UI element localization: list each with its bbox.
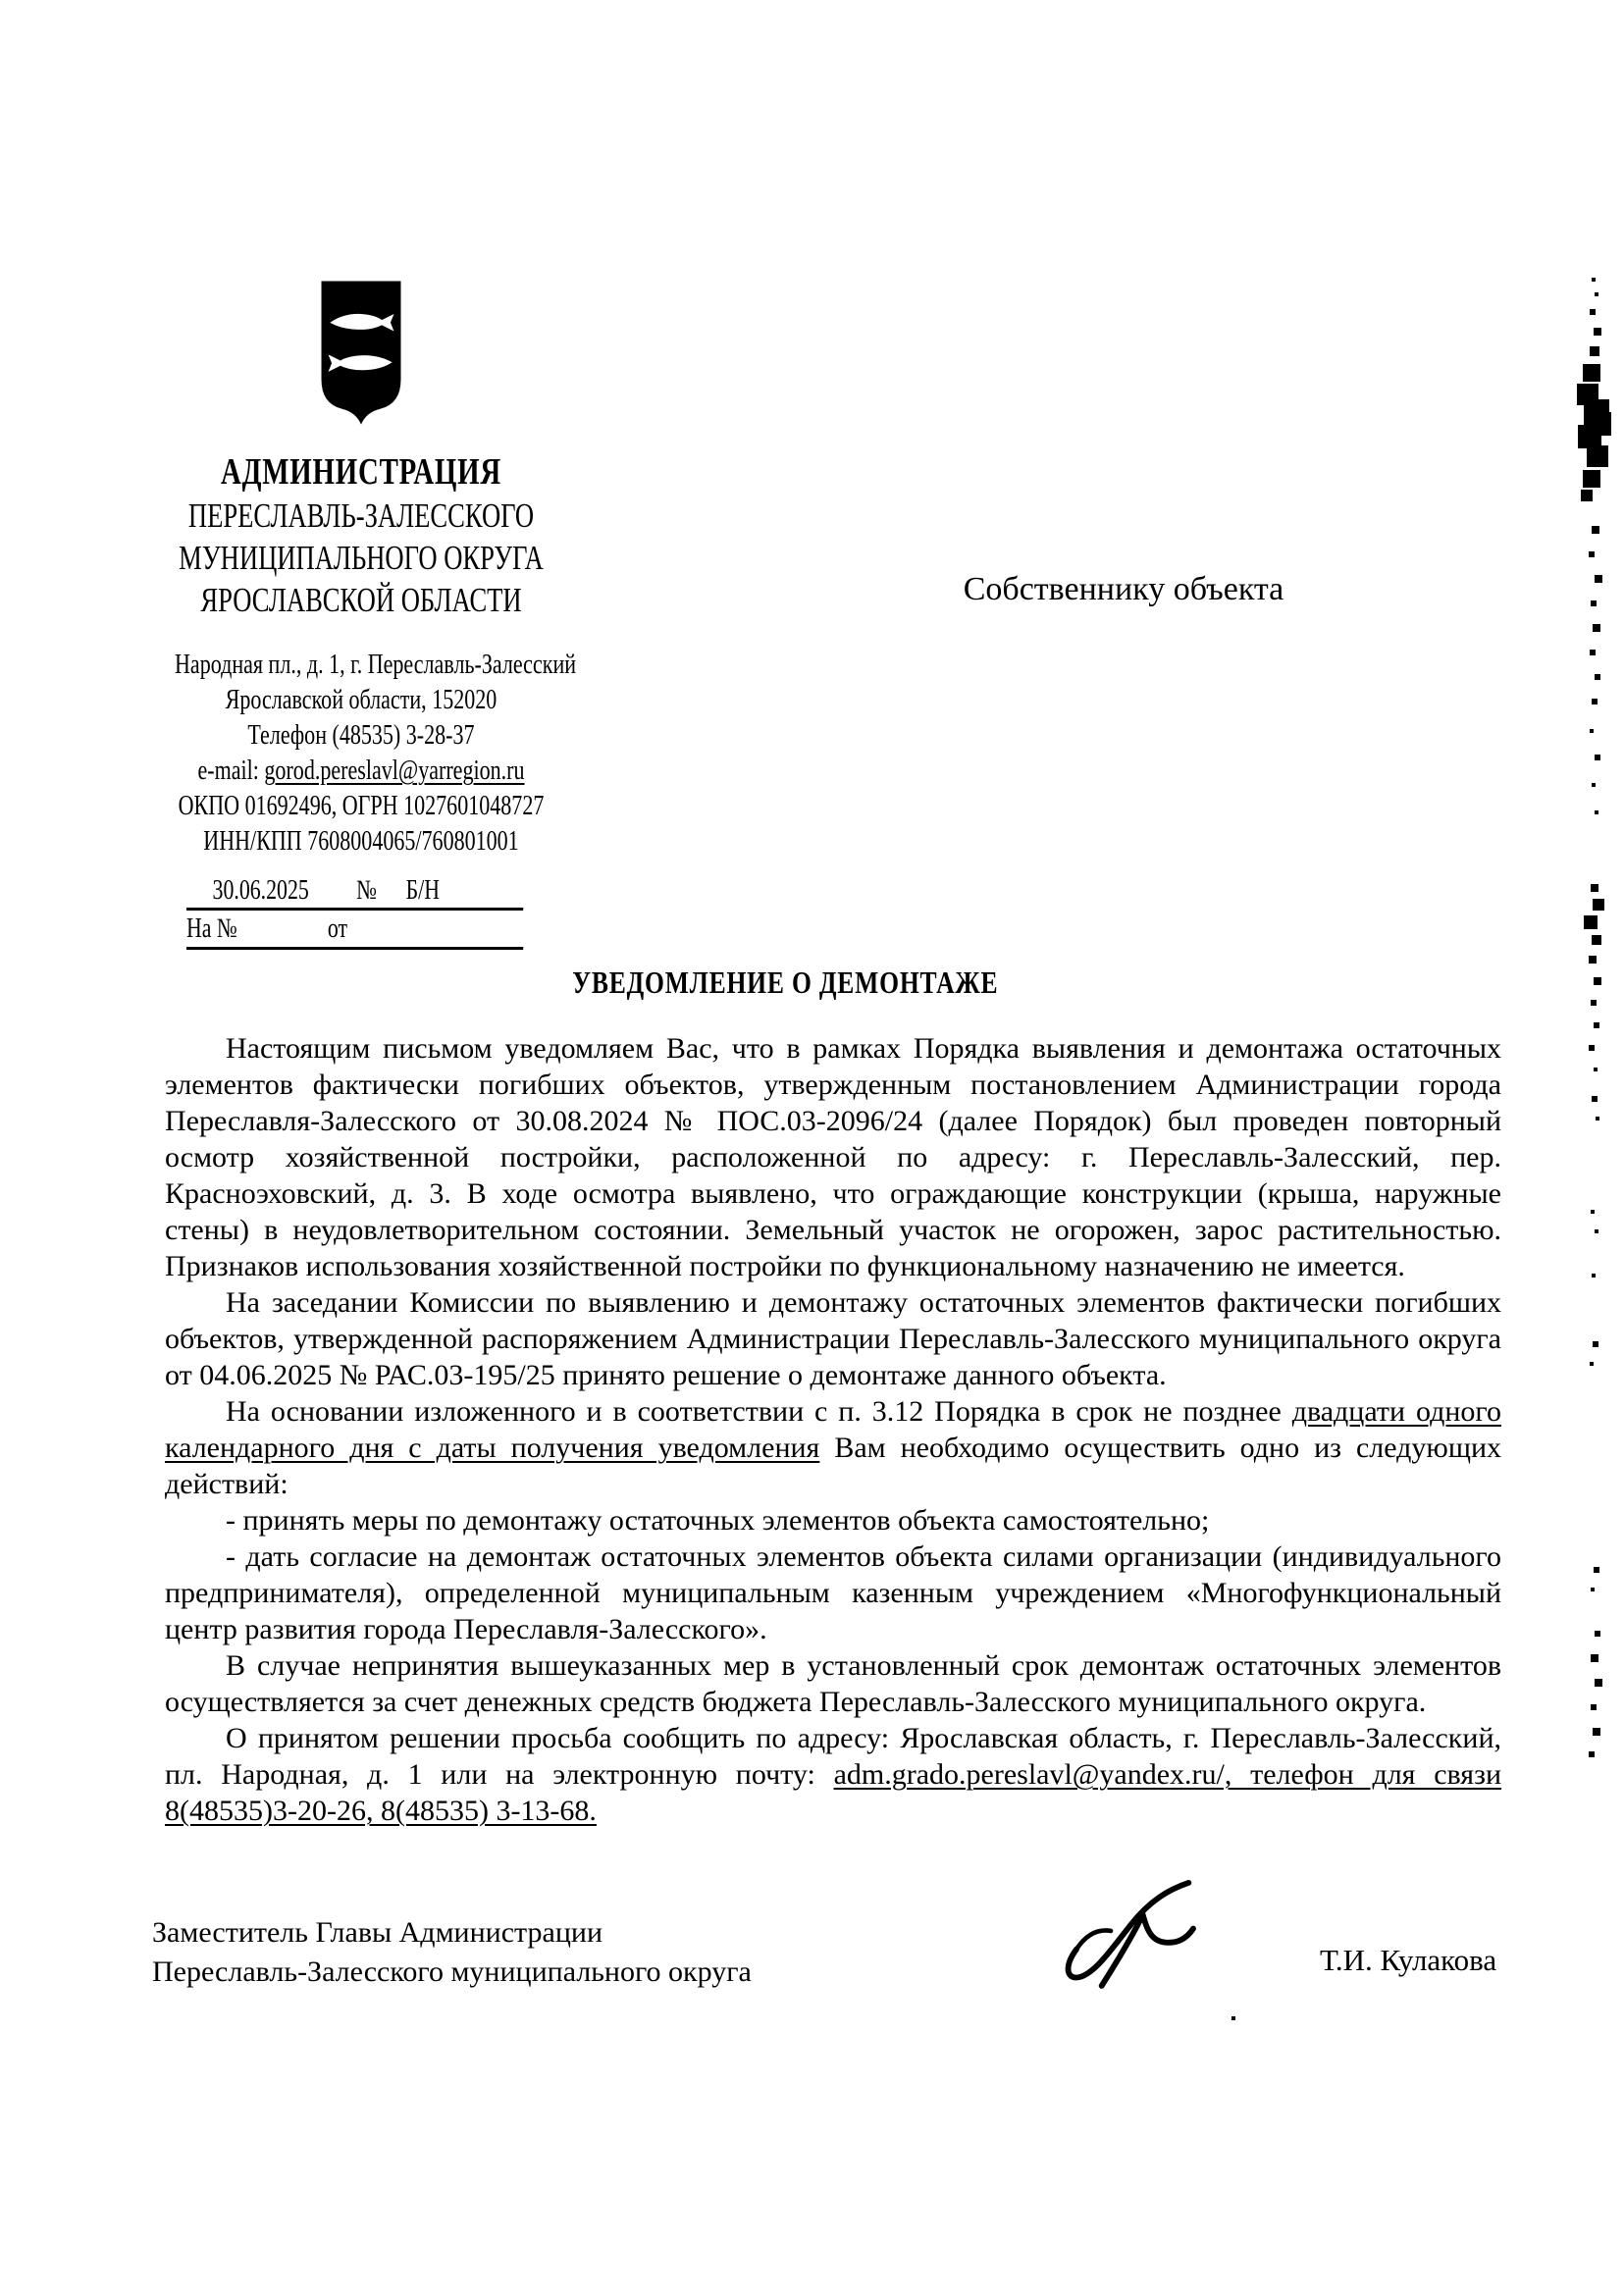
org-name-line2: ПЕРЕСЛАВЛЬ-ЗАЛЕССКОГО (175, 495, 548, 537)
okpo-ogrn-line: ОКПО 01692496, ОГРН 1027601048727 (175, 788, 548, 823)
inn-kpp-line: ИНН/КПП 7608004065/760801001 (175, 823, 548, 859)
doc-title-text: УВЕДОМЛЕНИЕ О ДЕМОНТАЖЕ (572, 965, 998, 1001)
body-paragraph: О принятом решении просьба сообщить по а… (165, 1720, 1501, 1829)
body-paragraph: - дать согласие на демонтаж остаточных э… (165, 1538, 1501, 1647)
letterhead: АДМИНИСТРАЦИЯ ПЕРЕСЛАВЛЬ-ЗАЛЕССКОГО МУНИ… (175, 449, 548, 859)
phone-line: Телефон (48535) 3-28-37 (175, 717, 548, 753)
paragraph-text: На основании изложенного и в соответстви… (226, 1395, 1292, 1428)
body-paragraph: На основании изложенного и в соответстви… (165, 1393, 1501, 1502)
reply-from-label: от (328, 913, 347, 945)
body-paragraph: Настоящим письмом уведомляем Вас, что в … (165, 1030, 1501, 1284)
org-name-line3: МУНИЦИПАЛЬНОГО ОКРУГА (175, 537, 548, 579)
address-line: Народная пл., д. 1, г. Переславль-Залесс… (175, 647, 548, 682)
doc-number: Б/Н (406, 875, 440, 907)
paragraph-text: - принять меры по демонтажу остаточных э… (226, 1504, 1209, 1537)
org-name-line1: АДМИНИСТРАЦИЯ (175, 449, 548, 495)
email-label: e-mail: (197, 755, 264, 786)
scanned-letter-page: АДМИНИСТРАЦИЯ ПЕРЕСЛАВЛЬ-ЗАЛЕССКОГО МУНИ… (0, 0, 1624, 2294)
paragraph-text: На заседании Комиссии по выявлению и дем… (165, 1286, 1501, 1391)
addressee: Собственнику объекта (937, 571, 1310, 608)
doc-title: УВЕДОМЛЕНИЕ О ДЕМОНТАЖЕ (157, 965, 1413, 1001)
outgoing-ref-line: 30.06.2025 № Б/Н (186, 875, 523, 911)
org-name-line4: ЯРОСЛАВСКОЙ ОБЛАСТИ (175, 579, 548, 621)
reference-block: 30.06.2025 № Б/Н На № от (186, 875, 523, 950)
signer-position-line2: Переславль-Залесского муниципального окр… (152, 1953, 752, 1992)
coat-of-arms-icon (318, 278, 404, 429)
letterhead-email: gorod.pereslavl@yarregion.ru (264, 755, 524, 786)
incoming-ref-line: На № от (186, 913, 523, 950)
handwritten-signature (1063, 1880, 1200, 1990)
letterhead-address: Народная пл., д. 1, г. Переславль-Залесс… (175, 647, 548, 859)
paragraph-text: - дать согласие на демонтаж остаточных э… (165, 1540, 1501, 1645)
body-paragraph: - принять меры по демонтажу остаточных э… (165, 1502, 1501, 1538)
body-paragraph: В случае непринятия вышеуказанных мер в … (165, 1647, 1501, 1720)
signer-name: Т.И. Кулакова (1320, 1943, 1496, 1978)
signer-position-line1: Заместитель Главы Администрации (152, 1913, 752, 1953)
paragraph-text: В случае непринятия вышеуказанных мер в … (165, 1649, 1501, 1718)
body-paragraphs: Настоящим письмом уведомляем Вас, что в … (165, 1030, 1501, 1829)
email-line: e-mail: gorod.pereslavl@yarregion.ru (175, 753, 548, 788)
address-line: Ярославской области, 152020 (175, 682, 548, 717)
doc-date: 30.06.2025 (213, 875, 309, 907)
paragraph-text: Настоящим письмом уведомляем Вас, что в … (165, 1032, 1501, 1282)
number-sign: № (356, 875, 377, 907)
body-paragraph: На заседании Комиссии по выявлению и дем… (165, 1284, 1501, 1393)
reply-prefix: На № (186, 913, 237, 945)
signer-position: Заместитель Главы Администрации Переслав… (152, 1913, 752, 1992)
